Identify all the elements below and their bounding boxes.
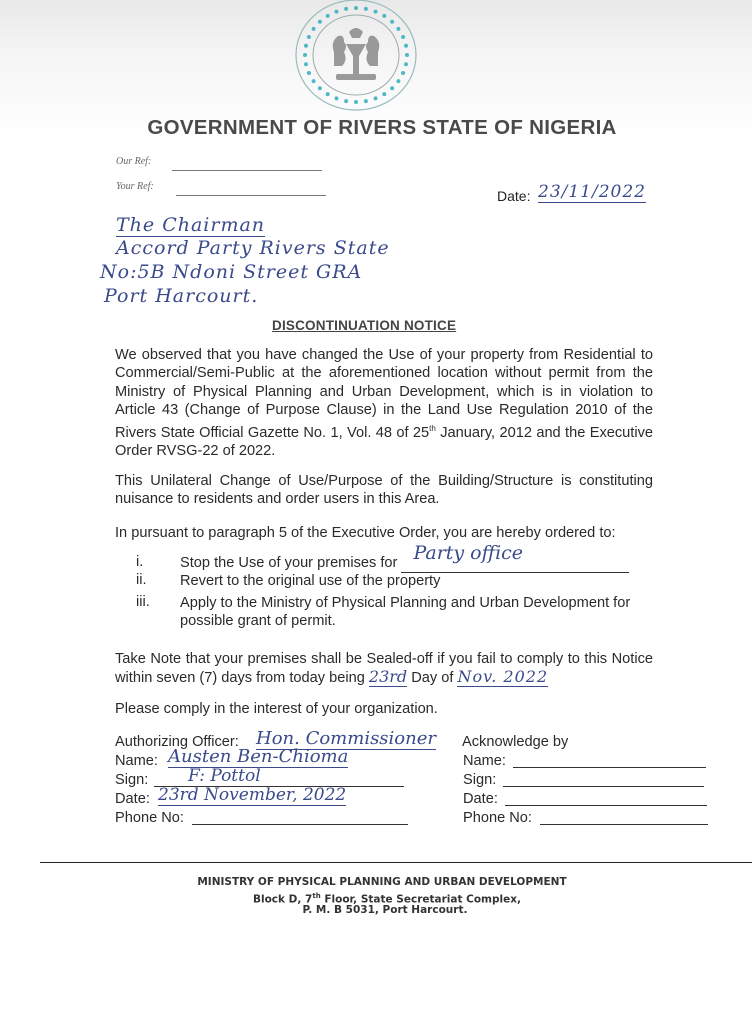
premises-use-value: Party office [413,544,523,562]
acknowledge-phone-label: Phone No: [463,810,532,826]
paragraph-order-intro: In pursuant to paragraph 5 of the Execut… [115,524,653,542]
addressee-line-3: No:5B Ndoni Street GRA [100,261,362,283]
acknowledge-heading: Acknowledge by [462,734,568,750]
date-label: Date: [497,188,530,204]
authorizing-phone-label: Phone No: [115,810,184,826]
our-ref-label: Our Ref: [116,156,151,167]
authorizing-signature: F: Pottol [188,766,261,786]
addressee-line-2: Accord Party Rivers State [116,237,390,259]
acknowledge-name-label: Name: [463,753,506,769]
paragraph-nuisance: This Unilateral Change of Use/Purpose of… [115,472,653,509]
government-title: GOVERNMENT OF RIVERS STATE OF NIGERIA [0,116,752,140]
footer-divider [40,862,752,863]
acknowledge-date-label: Date: [463,791,498,807]
order-2: Revert to the original use of the proper… [180,572,660,590]
acknowledge-sign-label: Sign: [463,772,496,788]
acknowledge-date-field[interactable] [505,805,707,806]
authorizing-name-label: Name: [115,753,158,769]
footer-ministry: MINISTRY OF PHYSICAL PLANNING AND URBAN … [0,875,752,889]
order-2-number: ii. [136,572,147,588]
order-3: Apply to the Ministry of Physical Planni… [180,594,660,631]
paragraph-comply: Please comply in the interest of your or… [115,700,653,718]
authorizing-phone-field[interactable] [192,824,408,825]
addressee-line-1: The Chairman [116,214,265,236]
authorizing-sign-label: Sign: [115,772,148,788]
paragraph-violation: We observed that you have changed the Us… [115,346,653,460]
order-3-number: iii. [136,594,150,610]
deadline-month: Nov. 2022 [457,667,548,687]
coat-of-arms-seal-icon [294,0,418,112]
our-ref-field[interactable] [172,170,322,171]
date-value: 23/11/2022 [538,182,646,203]
footer-address-line-2: P. M. B 5031, Port Harcourt. [0,903,752,917]
authorizing-date-value: 23rd November, 2022 [158,785,346,806]
paragraph-seal-warning: Take Note that your premises shall be Se… [115,650,653,688]
acknowledge-phone-field[interactable] [540,824,708,825]
authorizing-name-value: Austen Ben-Chioma [168,746,348,768]
your-ref-label: Your Ref: [116,181,154,192]
deadline-day: 23rd [369,667,407,687]
acknowledge-name-field[interactable] [513,767,706,768]
notice-title: DISCONTINUATION NOTICE [272,318,456,333]
your-ref-field[interactable] [176,195,326,196]
authorizing-date-label: Date: [115,791,150,807]
acknowledge-sign-field[interactable] [503,786,704,787]
order-1-number: i. [136,554,143,570]
addressee-line-4: Port Harcourt. [104,285,258,307]
order-1: Stop the Use of your premises for Party … [180,554,660,573]
